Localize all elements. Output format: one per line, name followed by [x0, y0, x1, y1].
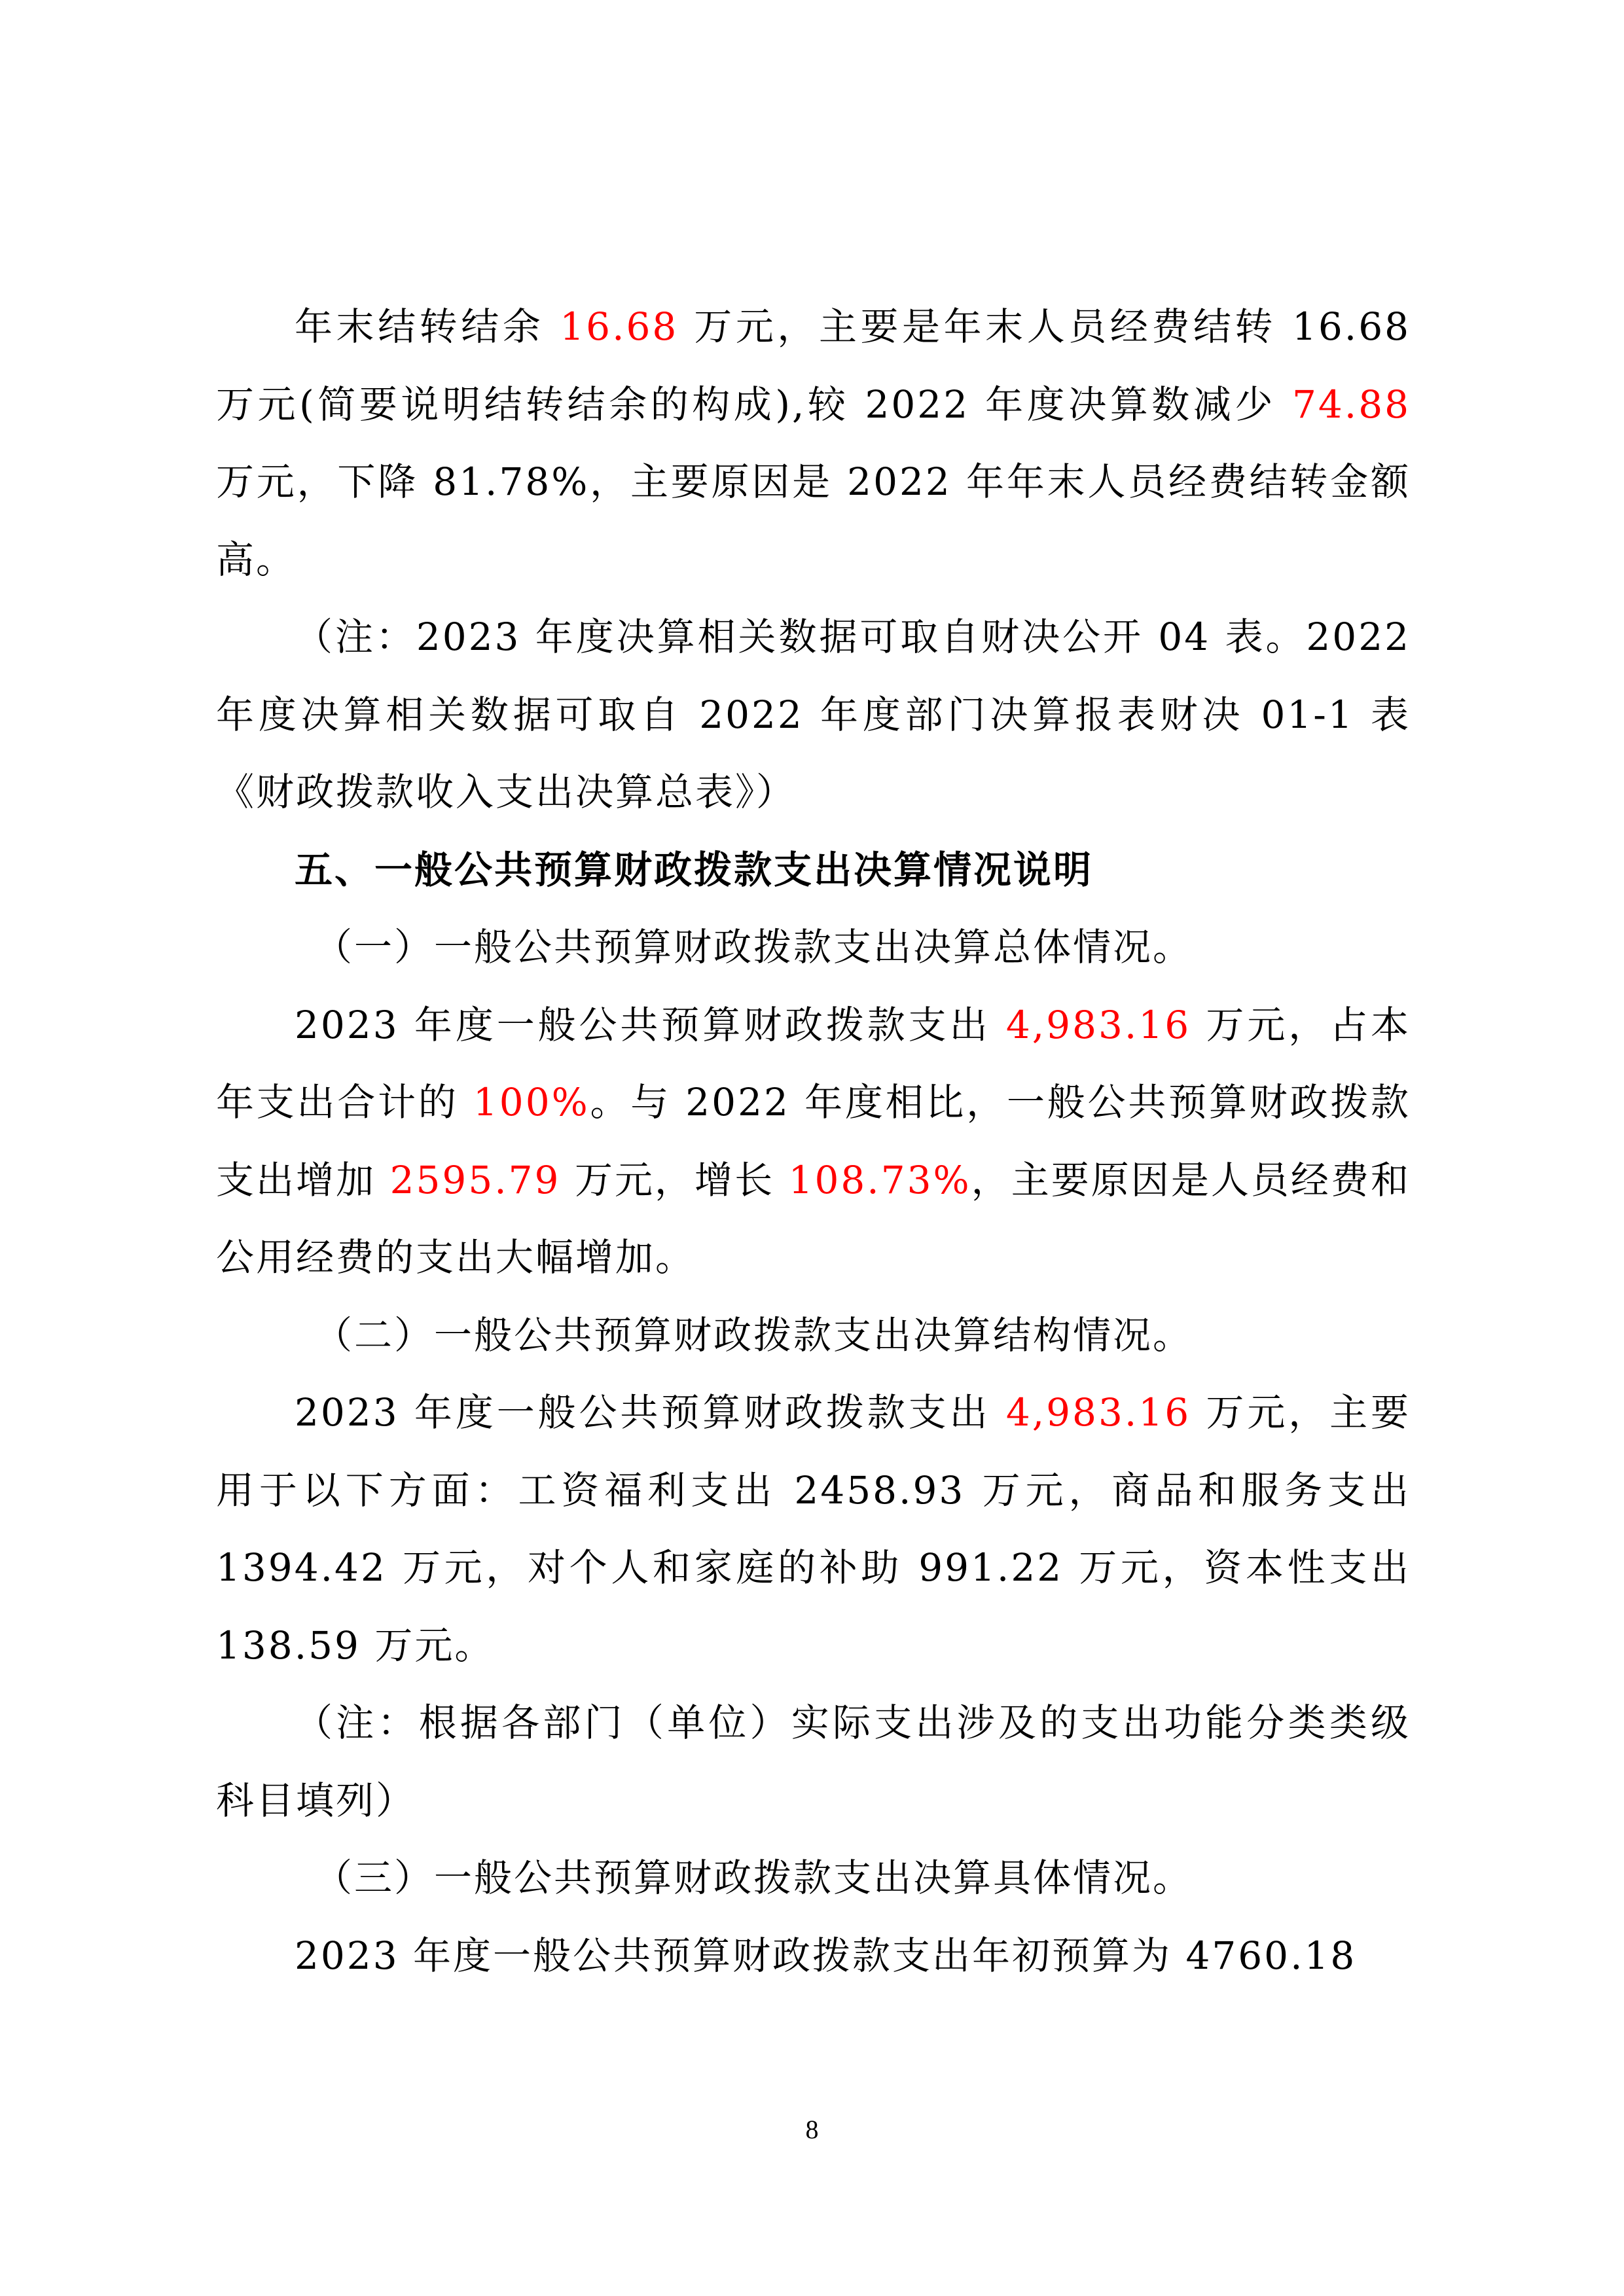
subsection-heading: （三）一般公共预算财政拨款支出决算具体情况。 [216, 1839, 1411, 1917]
paragraph-expenditure-structure: 2023 年度一般公共预算财政拨款支出 4,983.16 万元，主要用于以下方面… [216, 1374, 1411, 1684]
subsection-heading: （二）一般公共预算财政拨款支出决算结构情况。 [216, 1297, 1411, 1374]
note-paragraph: （注：根据各部门（单位）实际支出涉及的支出功能分类类级科目填列） [216, 1684, 1411, 1839]
paragraph-carryover-balance: 年末结转结余 16.68 万元，主要是年末人员经费结转 16.68 万元(简要说… [216, 288, 1411, 598]
text-segment: 2023 年度一般公共预算财政拨款支出年初预算为 4760.18 [295, 1933, 1356, 1978]
highlight-value: 74.88 [1292, 382, 1411, 427]
highlight-value: 4,983.16 [1006, 1390, 1191, 1435]
highlight-value: 4,983.16 [1006, 1003, 1191, 1047]
note-paragraph: （注：2023 年度决算相关数据可取自财决公开 04 表。2022 年度决算相关… [216, 598, 1411, 831]
text-segment: 万元，下降 81.78%，主要原因是 2022 年年末人员经费结转金额高。 [216, 459, 1411, 582]
text-segment: 万元，增长 [560, 1158, 788, 1202]
subsection-heading: （一）一般公共预算财政拨款支出决算总体情况。 [216, 908, 1411, 986]
page-number: 8 [0, 2114, 1624, 2145]
highlight-value: 100% [473, 1080, 590, 1124]
text-segment: 2023 年度一般公共预算财政拨款支出 [295, 1390, 1006, 1435]
section-heading: 五、一般公共预算财政拨款支出决算情况说明 [216, 831, 1411, 909]
text-segment: 年末结转结余 [295, 304, 560, 349]
highlight-value: 108.73% [789, 1158, 971, 1202]
highlight-value: 2595.79 [390, 1158, 561, 1202]
paragraph-overall-expenditure: 2023 年度一般公共预算财政拨款支出 4,983.16 万元，占本年支出合计的… [216, 986, 1411, 1297]
text-segment: 2023 年度一般公共预算财政拨款支出 [295, 1003, 1006, 1047]
highlight-value: 16.68 [560, 304, 678, 349]
document-page: 年末结转结余 16.68 万元，主要是年末人员经费结转 16.68 万元(简要说… [216, 288, 1411, 1994]
paragraph-specific-expenditure: 2023 年度一般公共预算财政拨款支出年初预算为 4760.18 [216, 1917, 1411, 1995]
